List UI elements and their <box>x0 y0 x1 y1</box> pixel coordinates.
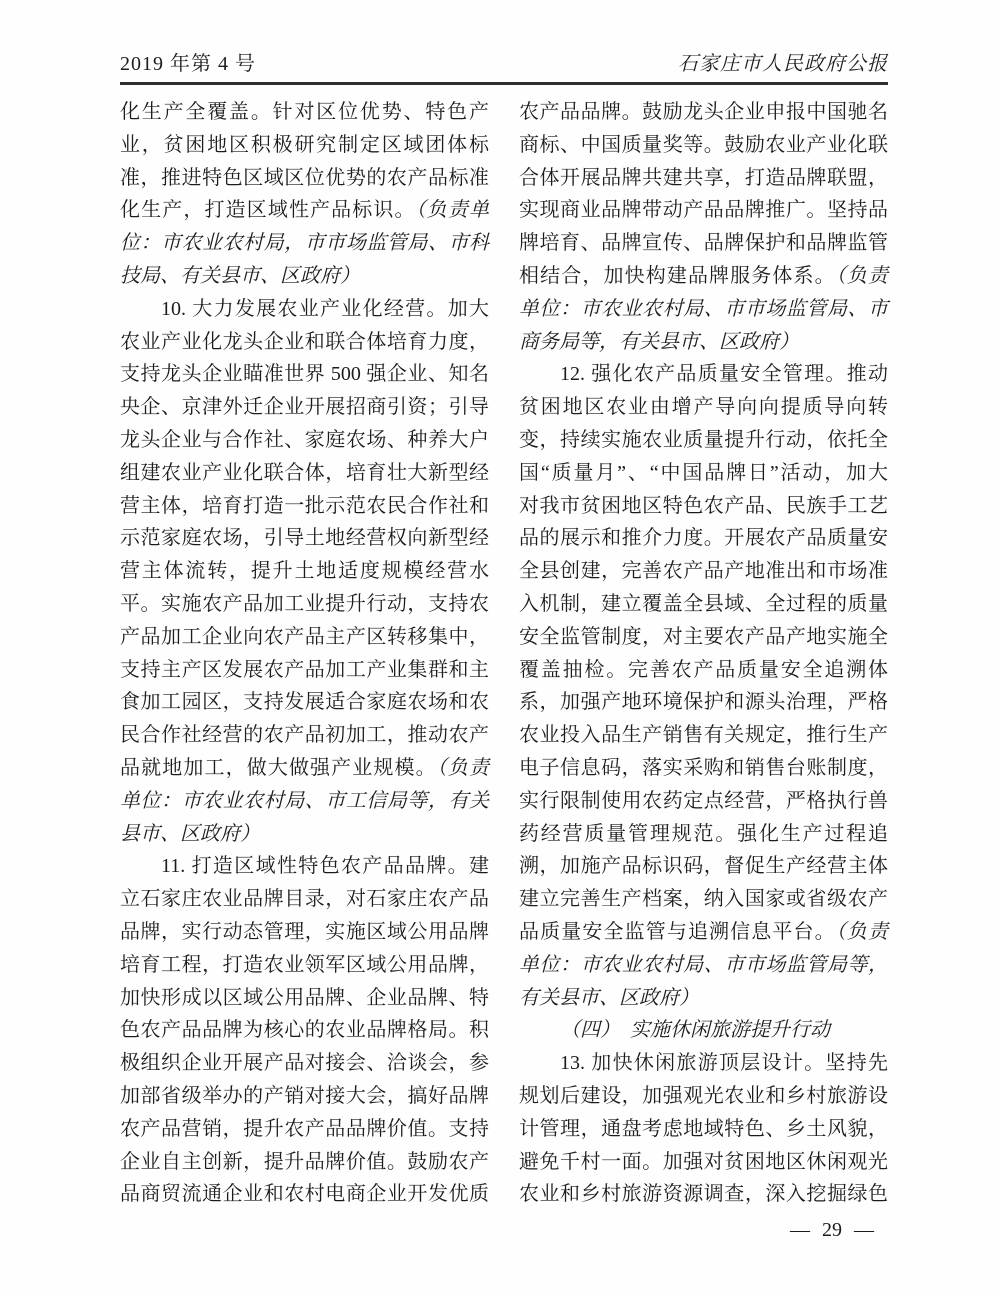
body-text: 化生产全覆盖。针对区位优势、特色产 <box>120 101 489 123</box>
body-text: 实行限制使用农药定点经营，严格执行兽 <box>519 790 888 812</box>
text-line: 13. 加快休闲旅游顶层设计。坚持先 <box>519 1047 888 1080</box>
body-text: 入机制，建立覆盖全县域、全过程的质量 <box>519 593 888 615</box>
body-text: 培育工程，打造农业领军区域公用品牌， <box>120 954 489 976</box>
kaiti-text: 商务局等，有关县市、区政府） <box>519 331 799 353</box>
text-line: 位：市农业农村局，市市场监管局、市科 <box>120 227 489 260</box>
body-text: 企业自主创新，提升品牌价值。鼓励农产 <box>120 1151 489 1173</box>
body-text: 食加工园区，支持发展适合家庭农场和农 <box>120 691 489 713</box>
text-line: 企业自主创新，提升品牌价值。鼓励农产 <box>120 1146 489 1179</box>
body-text: 计管理，通盘考虑地域特色、乡土风貌， <box>519 1118 888 1140</box>
text-line: 化生产，打造区域性产品标识。（负责单 <box>120 194 489 227</box>
body-text: 农业和乡村旅游资源调查，深入挖掘绿色 <box>519 1183 888 1205</box>
page-footer: —29— <box>120 1216 888 1244</box>
text-line: 产品加工企业向农产品主产区转移集中， <box>120 621 489 654</box>
page-number: 29 <box>822 1216 842 1244</box>
text-line: 县市、区政府） <box>120 818 489 851</box>
text-line: 农业和乡村旅游资源调查，深入挖掘绿色 <box>519 1178 888 1211</box>
body-text: 色农产品品牌为核心的农业品牌格局。积 <box>120 1019 489 1041</box>
text-line: 技局、有关县市、区政府） <box>120 260 489 293</box>
body-text: 加快形成以区域公用品牌、企业品牌、特 <box>120 987 489 1009</box>
body-text: 溯，加施产品标识码，督促生产经营主体 <box>519 855 888 877</box>
body-text: 营主体流转，提升土地适度规模经营水 <box>120 560 489 582</box>
text-line: 11. 打造区域性特色农产品品牌。建 <box>120 850 489 883</box>
text-line: 农业产业化龙头企业和联合体培育力度， <box>120 326 489 359</box>
body-text: 10. 大力发展农业产业化经营。加大 <box>161 298 489 320</box>
body-text: 安全监管制度，对主要农产品产地实施全 <box>519 626 888 648</box>
text-line: 电子信息码，落实采购和销售台账制度， <box>519 752 888 785</box>
kaiti-text: （负责 <box>836 265 888 287</box>
body-text: 相结合，加快构建品牌服务体系。 <box>519 265 836 287</box>
text-line: 准，推进特色区域区位优势的农产品标准 <box>120 162 489 195</box>
text-line: 牌培育、品牌宣传、品牌保护和品牌监管 <box>519 227 888 260</box>
text-line: 计管理，通盘考虑地域特色、乡土风貌， <box>519 1113 888 1146</box>
text-line: 实行限制使用农药定点经营，严格执行兽 <box>519 785 888 818</box>
body-text: 实现商业品牌带动产品品牌推广。坚持品 <box>519 199 888 221</box>
body-text: 组建农业产业化联合体，培育壮大新型经 <box>120 462 489 484</box>
kaiti-text: 有关县市、区政府） <box>519 987 699 1009</box>
body-text: 支持龙头企业瞄准世界 500 强企业、知名 <box>120 363 489 385</box>
body-text: 对我市贫困地区特色农产品、民族手工艺 <box>519 495 888 517</box>
text-line: 覆盖抽检。完善农产品质量安全追溯体 <box>519 654 888 687</box>
text-line: 变，持续实施农业质量提升行动，依托全 <box>519 424 888 457</box>
body-text: 农产品品牌。鼓励龙头企业申报中国驰名 <box>519 101 888 123</box>
kaiti-text: 单位：市农业农村局、市市场监管局、市 <box>519 298 888 320</box>
body-text: 品的展示和推介力度。开展农产品质量安 <box>519 527 888 549</box>
text-line: 合体开展品牌共建共享，打造品牌联盟， <box>519 162 888 195</box>
body-text: 贫困地区农业由增产导向向提质导向转 <box>519 396 888 418</box>
body-text: 建立完善生产档案，纳入国家或省级农产 <box>519 888 888 910</box>
body-text: 11. 打造区域性特色农产品品牌。建 <box>161 855 489 877</box>
body-text: 覆盖抽检。完善农产品质量安全追溯体 <box>519 659 888 681</box>
body-text: 业，贫困地区积极研究制定区域团体标 <box>120 134 489 156</box>
text-line: 避免千村一面。加强对贫困地区休闲观光 <box>519 1146 888 1179</box>
text-line: 溯，加施产品标识码，督促生产经营主体 <box>519 850 888 883</box>
body-text: 示范家庭农场，引导土地经营权向新型经 <box>120 527 489 549</box>
text-line: 品质量安全监管与追溯信息平台。（负责 <box>519 916 888 949</box>
text-line: 加快形成以区域公用品牌、企业品牌、特 <box>120 982 489 1015</box>
text-line: 品就地加工，做大做强产业规模。（负责 <box>120 752 489 785</box>
body-text: 民合作社经营的农产品初加工，推动农产 <box>120 724 489 746</box>
text-line: （四） 实施休闲旅游提升行动 <box>519 1014 888 1047</box>
body-text: 立石家庄农业品牌目录，对石家庄农产品 <box>120 888 489 910</box>
body-text: 系，加强产地环境保护和源头治理，严格 <box>519 691 888 713</box>
text-line: 食加工园区，支持发展适合家庭农场和农 <box>120 686 489 719</box>
footer-dash-right: — <box>854 1219 874 1241</box>
text-line: 安全监管制度，对主要农产品产地实施全 <box>519 621 888 654</box>
gazette-title: 石家庄市人民政府公报 <box>678 47 888 76</box>
body-text: 药经营质量管理规范。强化生产过程追 <box>519 823 888 845</box>
text-line: 入机制，建立覆盖全县域、全过程的质量 <box>519 588 888 621</box>
kaiti-text: （四） 实施休闲旅游提升行动 <box>560 1019 830 1041</box>
body-text: 国“质量月”、“中国品牌日”活动，加大 <box>519 462 888 484</box>
footer-dash-left: — <box>790 1219 810 1241</box>
text-line: 商标、中国质量奖等。鼓励农业产业化联 <box>519 129 888 162</box>
text-line: 建立完善生产档案，纳入国家或省级农产 <box>519 883 888 916</box>
text-line: 国“质量月”、“中国品牌日”活动，加大 <box>519 457 888 490</box>
text-line: 业，贫困地区积极研究制定区域团体标 <box>120 129 489 162</box>
body-text: 加部省级举办的产销对接大会，搞好品牌 <box>120 1085 489 1107</box>
kaiti-text: 县市、区政府） <box>120 823 260 845</box>
issue-number: 2019 年第 4 号 <box>120 47 256 76</box>
body-text: 商标、中国质量奖等。鼓励农业产业化联 <box>519 134 888 156</box>
text-line: 组建农业产业化联合体，培育壮大新型经 <box>120 457 489 490</box>
text-line: 极组织企业开展产品对接会、洽谈会，参 <box>120 1047 489 1080</box>
body-text: 牌培育、品牌宣传、品牌保护和品牌监管 <box>519 232 888 254</box>
text-line: 实现商业品牌带动产品品牌推广。坚持品 <box>519 194 888 227</box>
text-line: 12. 强化农产品质量安全管理。推动 <box>519 358 888 391</box>
body-text: 化生产，打造区域性产品标识。 <box>120 199 416 221</box>
text-line: 品商贸流通企业和农村电商企业开发优质 <box>120 1178 489 1211</box>
body-text: 合体开展品牌共建共享，打造品牌联盟， <box>519 167 888 189</box>
kaiti-text: （负责 <box>437 757 489 779</box>
body-text: 12. 强化农产品质量安全管理。推动 <box>560 363 888 385</box>
left-column: 化生产全覆盖。针对区位优势、特色产业，贫困地区积极研究制定区域团体标准，推进特色… <box>120 96 489 1211</box>
text-line: 单位：市农业农村局、市市场监管局等， <box>519 949 888 982</box>
text-line: 支持主产区发展农产品加工产业集群和主 <box>120 654 489 687</box>
text-line: 全县创建，完善农产品产地准出和市场准 <box>519 555 888 588</box>
text-line: 品的展示和推介力度。开展农产品质量安 <box>519 522 888 555</box>
kaiti-text: 单位：市农业农村局、市工信局等，有关 <box>120 790 489 812</box>
text-line: 立石家庄农业品牌目录，对石家庄农产品 <box>120 883 489 916</box>
text-line: 示范家庭农场，引导土地经营权向新型经 <box>120 522 489 555</box>
body-text: 央企、京津外迁企业开展招商引资；引导 <box>120 396 489 418</box>
body-text: 农产品营销，提升农产品品牌价值。支持 <box>120 1118 489 1140</box>
text-line: 支持龙头企业瞄准世界 500 强企业、知名 <box>120 358 489 391</box>
text-line: 农业投入品生产销售有关规定，推行生产 <box>519 719 888 752</box>
body-text: 品牌，实行动态管理，实施区域公用品牌 <box>120 921 489 943</box>
text-line: 农产品营销，提升农产品品牌价值。支持 <box>120 1113 489 1146</box>
text-line: 化生产全覆盖。针对区位优势、特色产 <box>120 96 489 129</box>
text-line: 系，加强产地环境保护和源头治理，严格 <box>519 686 888 719</box>
text-line: 平。实施农产品加工业提升行动，支持农 <box>120 588 489 621</box>
kaiti-text: （负责单 <box>416 199 489 221</box>
body-text: 避免千村一面。加强对贫困地区休闲观光 <box>519 1151 888 1173</box>
kaiti-text: （负责 <box>836 921 888 943</box>
right-column: 农产品品牌。鼓励龙头企业申报中国驰名商标、中国质量奖等。鼓励农业产业化联合体开展… <box>519 96 888 1211</box>
text-line: 商务局等，有关县市、区政府） <box>519 326 888 359</box>
kaiti-text: 单位：市农业农村局、市市场监管局等， <box>519 954 888 976</box>
body-text: 规划后建设，加强观光农业和乡村旅游设 <box>519 1085 888 1107</box>
body-text: 农业投入品生产销售有关规定，推行生产 <box>519 724 888 746</box>
gazette-page: 2019 年第 4 号 石家庄市人民政府公报 化生产全覆盖。针对区位优势、特色产… <box>0 0 1000 1294</box>
text-line: 10. 大力发展农业产业化经营。加大 <box>120 293 489 326</box>
text-line: 对我市贫困地区特色农产品、民族手工艺 <box>519 490 888 523</box>
body-text: 农业产业化龙头企业和联合体培育力度， <box>120 331 489 353</box>
body-text: 品质量安全监管与追溯信息平台。 <box>519 921 836 943</box>
text-line: 有关县市、区政府） <box>519 982 888 1015</box>
body-text: 支持主产区发展农产品加工产业集群和主 <box>120 659 489 681</box>
body-text: 电子信息码，落实采购和销售台账制度， <box>519 757 888 779</box>
body-text: 13. 加快休闲旅游顶层设计。坚持先 <box>560 1052 888 1074</box>
text-line: 营主体流转，提升土地适度规模经营水 <box>120 555 489 588</box>
text-line: 民合作社经营的农产品初加工，推动农产 <box>120 719 489 752</box>
text-line: 加部省级举办的产销对接大会，搞好品牌 <box>120 1080 489 1113</box>
body-text: 产品加工企业向农产品主产区转移集中， <box>120 626 489 648</box>
text-line: 药经营质量管理规范。强化生产过程追 <box>519 818 888 851</box>
text-line: 央企、京津外迁企业开展招商引资；引导 <box>120 391 489 424</box>
body-text: 平。实施农产品加工业提升行动，支持农 <box>120 593 489 615</box>
text-line: 营主体，培育打造一批示范农民合作社和 <box>120 490 489 523</box>
text-line: 单位：市农业农村局、市市场监管局、市 <box>519 293 888 326</box>
text-line: 农产品品牌。鼓励龙头企业申报中国驰名 <box>519 96 888 129</box>
body-text: 龙头企业与合作社、家庭农场、种养大户 <box>120 429 489 451</box>
body-text: 品就地加工，做大做强产业规模。 <box>120 757 437 779</box>
body-text: 变，持续实施农业质量提升行动，依托全 <box>519 429 888 451</box>
text-line: 色农产品品牌为核心的农业品牌格局。积 <box>120 1014 489 1047</box>
text-line: 贫困地区农业由增产导向向提质导向转 <box>519 391 888 424</box>
body-text: 准，推进特色区域区位优势的农产品标准 <box>120 167 489 189</box>
text-line: 培育工程，打造农业领军区域公用品牌， <box>120 949 489 982</box>
header-rule <box>120 82 888 85</box>
body-text: 品商贸流通企业和农村电商企业开发优质 <box>120 1183 489 1205</box>
kaiti-text: 技局、有关县市、区政府） <box>120 265 360 287</box>
text-line: 规划后建设，加强观光农业和乡村旅游设 <box>519 1080 888 1113</box>
text-line: 龙头企业与合作社、家庭农场、种养大户 <box>120 424 489 457</box>
kaiti-text: 位：市农业农村局，市市场监管局、市科 <box>120 232 489 254</box>
body-text: 极组织企业开展产品对接会、洽谈会，参 <box>120 1052 489 1074</box>
body-text: 全县创建，完善农产品产地准出和市场准 <box>519 560 888 582</box>
text-line: 单位：市农业农村局、市工信局等，有关 <box>120 785 489 818</box>
page-body: 化生产全覆盖。针对区位优势、特色产业，贫困地区积极研究制定区域团体标准，推进特色… <box>120 96 888 1211</box>
text-line: 品牌，实行动态管理，实施区域公用品牌 <box>120 916 489 949</box>
page-header: 2019 年第 4 号 石家庄市人民政府公报 <box>120 0 888 76</box>
body-text: 营主体，培育打造一批示范农民合作社和 <box>120 495 489 517</box>
text-line: 相结合，加快构建品牌服务体系。（负责 <box>519 260 888 293</box>
